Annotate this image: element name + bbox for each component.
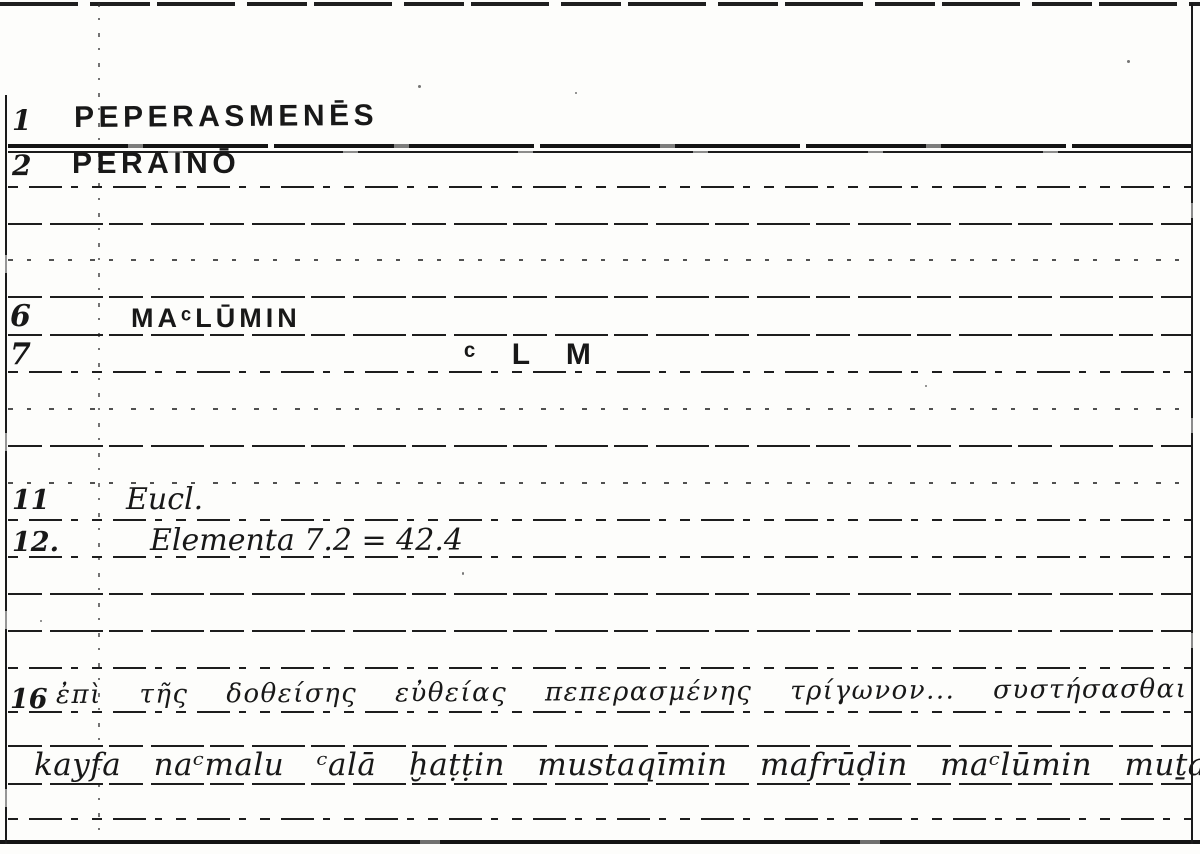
ruled-line [8,519,1191,521]
line-number-2: 2 [12,149,31,182]
ruled-line [8,259,1191,261]
card-right-border [1191,3,1193,844]
card-bottom-border [0,840,1200,844]
entry-elementa-citation: Elementa 7.2 = 42.4 [150,523,463,558]
entry-peraino: PERAINŌ [72,147,240,181]
handwritten-index-card: 1 2 6 7 11 12. 16 PEPERASMENĒS PERAINŌ M… [0,0,1200,854]
ruled-line [8,334,1191,336]
entry-root-c-l-m: ᶜ L M [464,338,605,372]
line-number-16: 16 [10,684,48,715]
line-number-12: 12. [12,527,59,558]
entry-peperasmenes: PEPERASMENĒS [74,99,378,135]
scan-noise-speck [575,92,577,94]
ruled-line [8,223,1191,225]
line-number-6: 6 [10,299,31,334]
ruled-line [8,296,1191,298]
card-left-border [5,95,7,844]
ruled-line [8,711,1191,713]
ruled-line [8,186,1191,188]
scan-noise-speck [1127,60,1130,63]
scan-noise-speck [418,85,421,88]
ruled-line [8,630,1191,632]
ruled-line [8,445,1191,447]
line-number-7: 7 [10,337,31,372]
ruled-line [8,667,1191,669]
ruled-line [8,818,1191,820]
entry-eucl-abbrev: Eucl. [126,482,203,517]
line-number-11: 11 [12,485,50,516]
ruled-line [8,783,1191,785]
entry-greek-quotation: ἐπὶ τῆς δοθείσης εὐθείας πεπερασμένης τρ… [56,674,1200,710]
ruled-line [8,593,1191,595]
line-number-1: 1 [12,104,31,137]
scan-noise-speck [40,620,42,622]
scan-noise-speck [462,572,464,575]
entry-arabic-transliteration: kayfa naᶜmalu ᶜalā ḫaṭṭin mustaqīmin maf… [34,747,1200,783]
card-top-border [0,2,1200,6]
scan-noise-speck [925,385,927,387]
ruled-line [8,408,1191,410]
entry-maclumin: MAᶜLŪMIN [131,303,301,334]
